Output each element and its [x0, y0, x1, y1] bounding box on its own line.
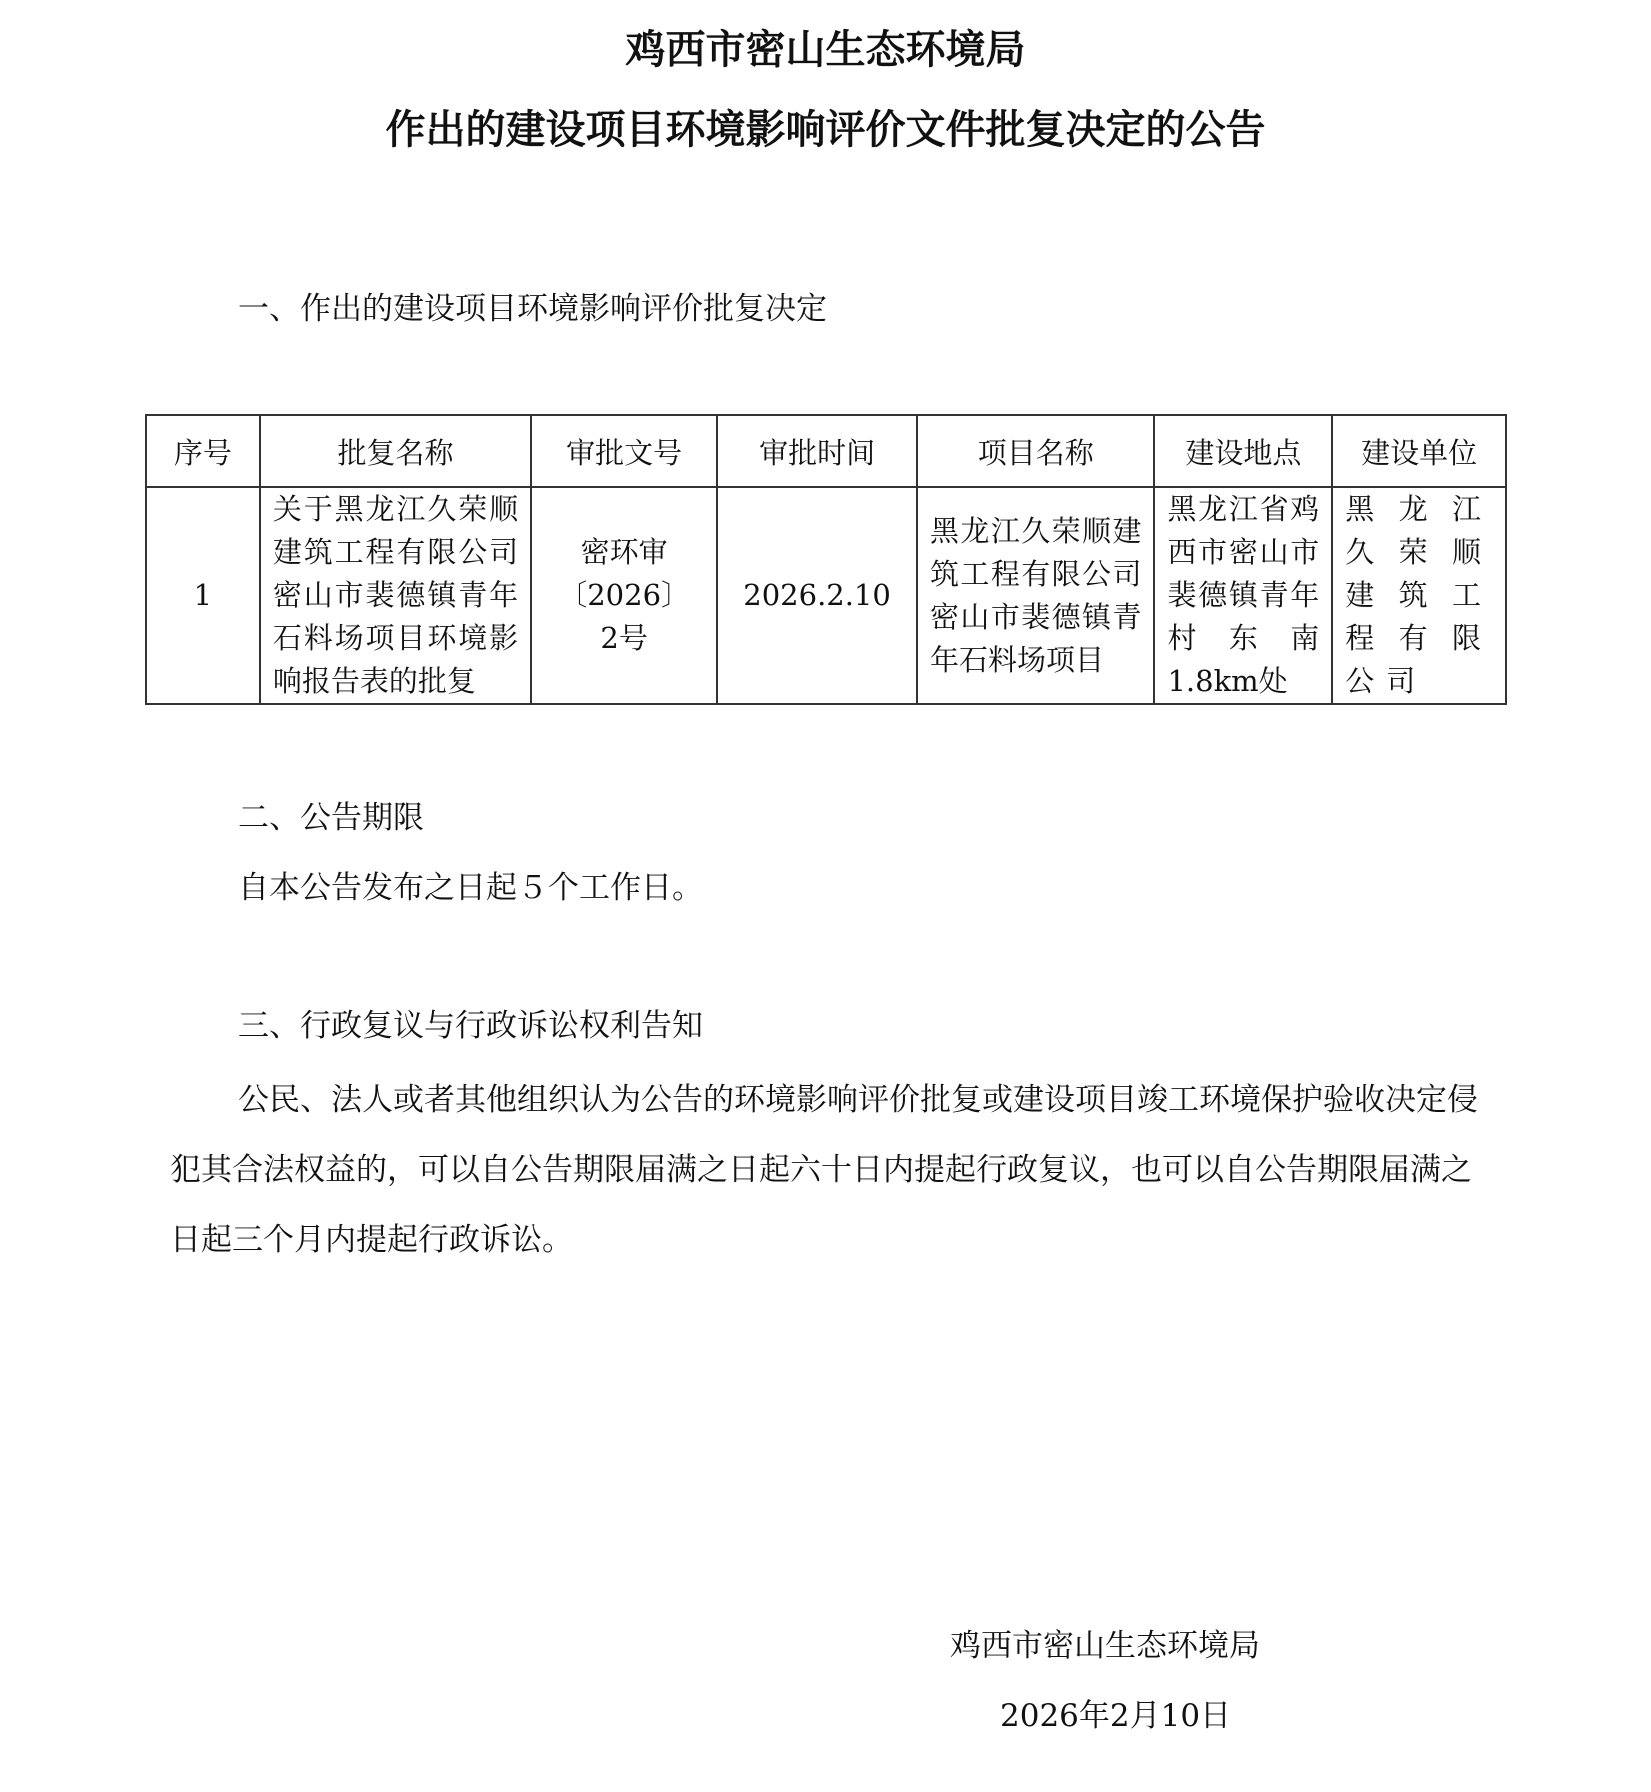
header-doc-number: 审批文号	[531, 415, 717, 487]
section2-text: 自本公告发布之日起５个工作日。	[238, 862, 703, 907]
document-title-line1: 鸡西市密山生态环境局	[0, 18, 1651, 75]
table-row: 1 关于黑龙江久荣顺建筑工程有限公司密山市裴德镇青年石料场项目环境影响报告表的批…	[146, 487, 1506, 704]
signature-date: 2026年2月10日	[1000, 1690, 1231, 1735]
section2-heading: 二、公告期限	[238, 792, 424, 837]
cell-index: 1	[146, 487, 260, 704]
cell-approval-date: 2026.2.10	[717, 487, 917, 704]
document-title-line2: 作出的建设项目环境影响评价文件批复决定的公告	[0, 98, 1651, 155]
cell-approval-name: 关于黑龙江久荣顺建筑工程有限公司密山市裴德镇青年石料场项目环境影响报告表的批复	[260, 487, 531, 704]
signature-org: 鸡西市密山生态环境局	[950, 1620, 1260, 1665]
header-location: 建设地点	[1154, 415, 1332, 487]
header-project-name: 项目名称	[917, 415, 1154, 487]
approval-table: 序号 批复名称 审批文号 审批时间 项目名称 建设地点 建设单位 1 关于黑龙江…	[145, 414, 1507, 705]
cell-builder: 黑龙江久荣顺建筑工程有限公司	[1332, 487, 1506, 704]
header-builder: 建设单位	[1332, 415, 1506, 487]
cell-location: 黑龙江省鸡西市密山市裴德镇青年村东南1.8km处	[1154, 487, 1332, 704]
table-header-row: 序号 批复名称 审批文号 审批时间 项目名称 建设地点 建设单位	[146, 415, 1506, 487]
section3-text: 公民、法人或者其他组织认为公告的环境影响评价批复或建设项目竣工环境保护验收决定侵…	[170, 1065, 1490, 1275]
section3-heading: 三、行政复议与行政诉讼权利告知	[238, 1000, 703, 1045]
header-index: 序号	[146, 415, 260, 487]
section1-heading: 一、作出的建设项目环境影响评价批复决定	[238, 283, 827, 328]
header-approval-date: 审批时间	[717, 415, 917, 487]
header-approval-name: 批复名称	[260, 415, 531, 487]
cell-project-name: 黑龙江久荣顺建筑工程有限公司密山市裴德镇青年石料场项目	[917, 487, 1154, 704]
cell-doc-number: 密环审〔2026〕2号	[531, 487, 717, 704]
